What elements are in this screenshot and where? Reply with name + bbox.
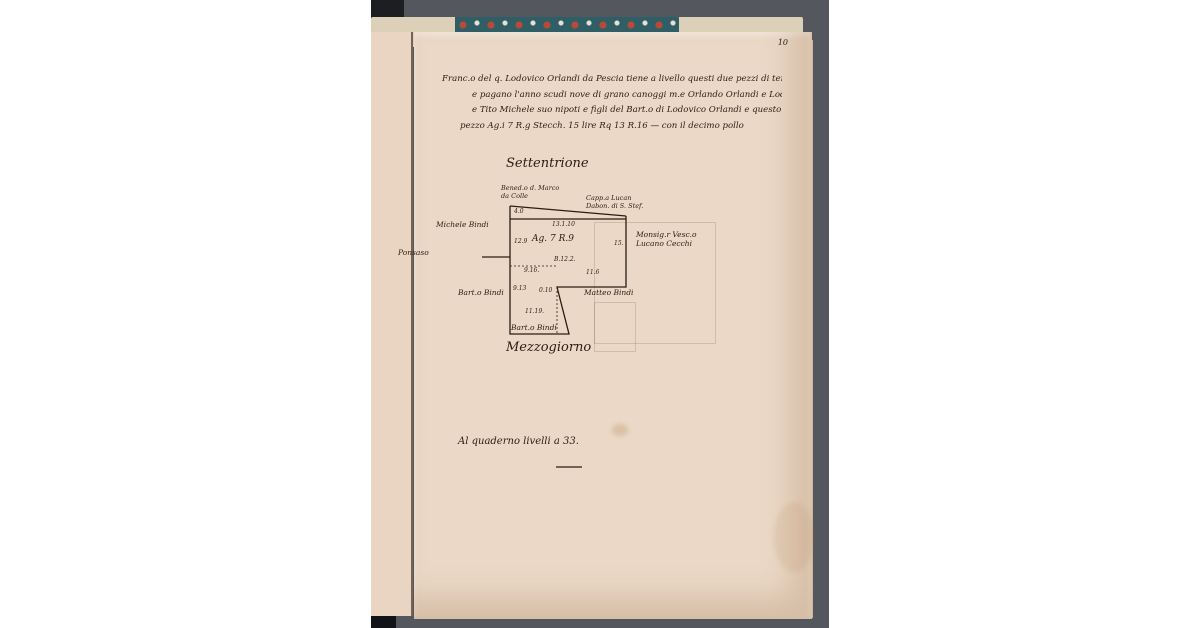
scan-frame: 10 Franc.o del q. Lodovico Orlandi da Pe… <box>371 0 829 628</box>
measure-top-left: 4.0 <box>514 208 524 215</box>
measure-area: Ag. 7 R.9 <box>532 234 574 244</box>
measure-inner-left: 9.16. <box>524 267 539 274</box>
north-label: Settentrione <box>506 156 589 171</box>
left-page-edge <box>371 32 413 616</box>
neighbour-east-lower: Matteo Bindi <box>584 288 633 297</box>
book-gutter <box>411 32 413 616</box>
measure-inner: B.12.2. <box>554 256 576 263</box>
measure-left: 12.9 <box>514 238 527 245</box>
south-label: Mezzogiorno <box>506 340 591 355</box>
measure-bottom: 11.19. <box>525 308 544 315</box>
neighbour-east-upper: Monsig.r Vesc.o Lucano Cecchi <box>636 230 718 248</box>
neighbour-west-upper: Michele Bindi <box>436 220 489 229</box>
measure-top: 13.1.10 <box>552 221 575 228</box>
measure-lower-mid: 0.10 <box>539 287 552 294</box>
manuscript-page: 10 Franc.o del q. Lodovico Orlandi da Pe… <box>414 32 812 619</box>
neighbour-west-road: Ponsaso <box>398 248 429 257</box>
neighbour-north-left: Bened.o d. Marco da Colle <box>501 184 561 200</box>
neighbour-north-right: Capp.a Lucan Dabon. di S. Stef. <box>586 194 656 210</box>
footnote: Al quaderno livelli a 33. <box>458 436 579 447</box>
measure-lower-left: 9.13 <box>513 285 526 292</box>
neighbour-south: Bart.o Bindi <box>511 323 557 332</box>
land-plot-drawing <box>414 32 810 616</box>
neighbour-west-lower: Bart.o Bindi <box>458 288 504 297</box>
decorative-endpaper <box>455 17 679 33</box>
measure-right-step: 11.6 <box>586 269 599 276</box>
scanner-bed-corner-bottom <box>371 616 396 628</box>
measure-right: 15. <box>614 240 624 247</box>
